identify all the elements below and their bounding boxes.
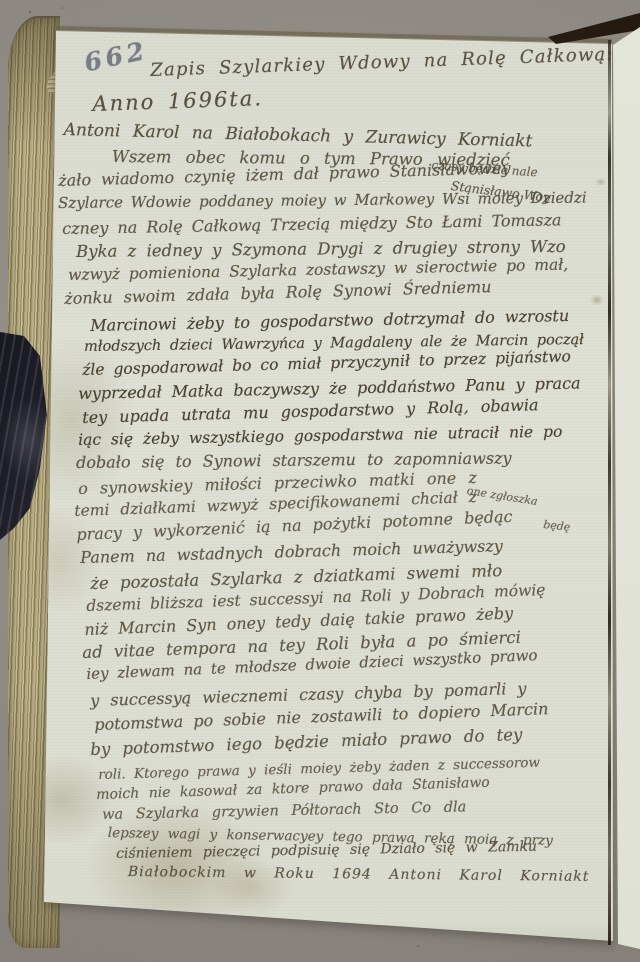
manuscript-title-line: Zapis Szylarkiey Wdowy na Rolę Całkową:	[150, 44, 614, 81]
manuscript-photo: 662 Zapis Szylarkiey Wdowy na Rolę Całko…	[0, 0, 640, 962]
marginal-note: będę	[543, 518, 571, 534]
manuscript-line: Białobockim w Roku 1694 Antoni Karol Kor…	[128, 864, 590, 885]
manuscript-line: czney na Rolę Całkową Trzecią między Sto…	[62, 210, 562, 238]
page-number: 662	[82, 36, 151, 78]
manuscript-line: wa Szylarka grzywien Półtorach Sto Co dl…	[102, 799, 466, 823]
manuscript-line: iąc się żeby wszystkiego gospodarstwa ni…	[78, 423, 562, 449]
manuscript-text-layer: 662 Zapis Szylarkiey Wdowy na Rolę Całko…	[0, 0, 640, 962]
manuscript-title-line: Anno 1696ta.	[92, 86, 263, 116]
manuscript-line: Marcinowi żeby to gospodarstwo dotrzymał…	[90, 306, 569, 335]
